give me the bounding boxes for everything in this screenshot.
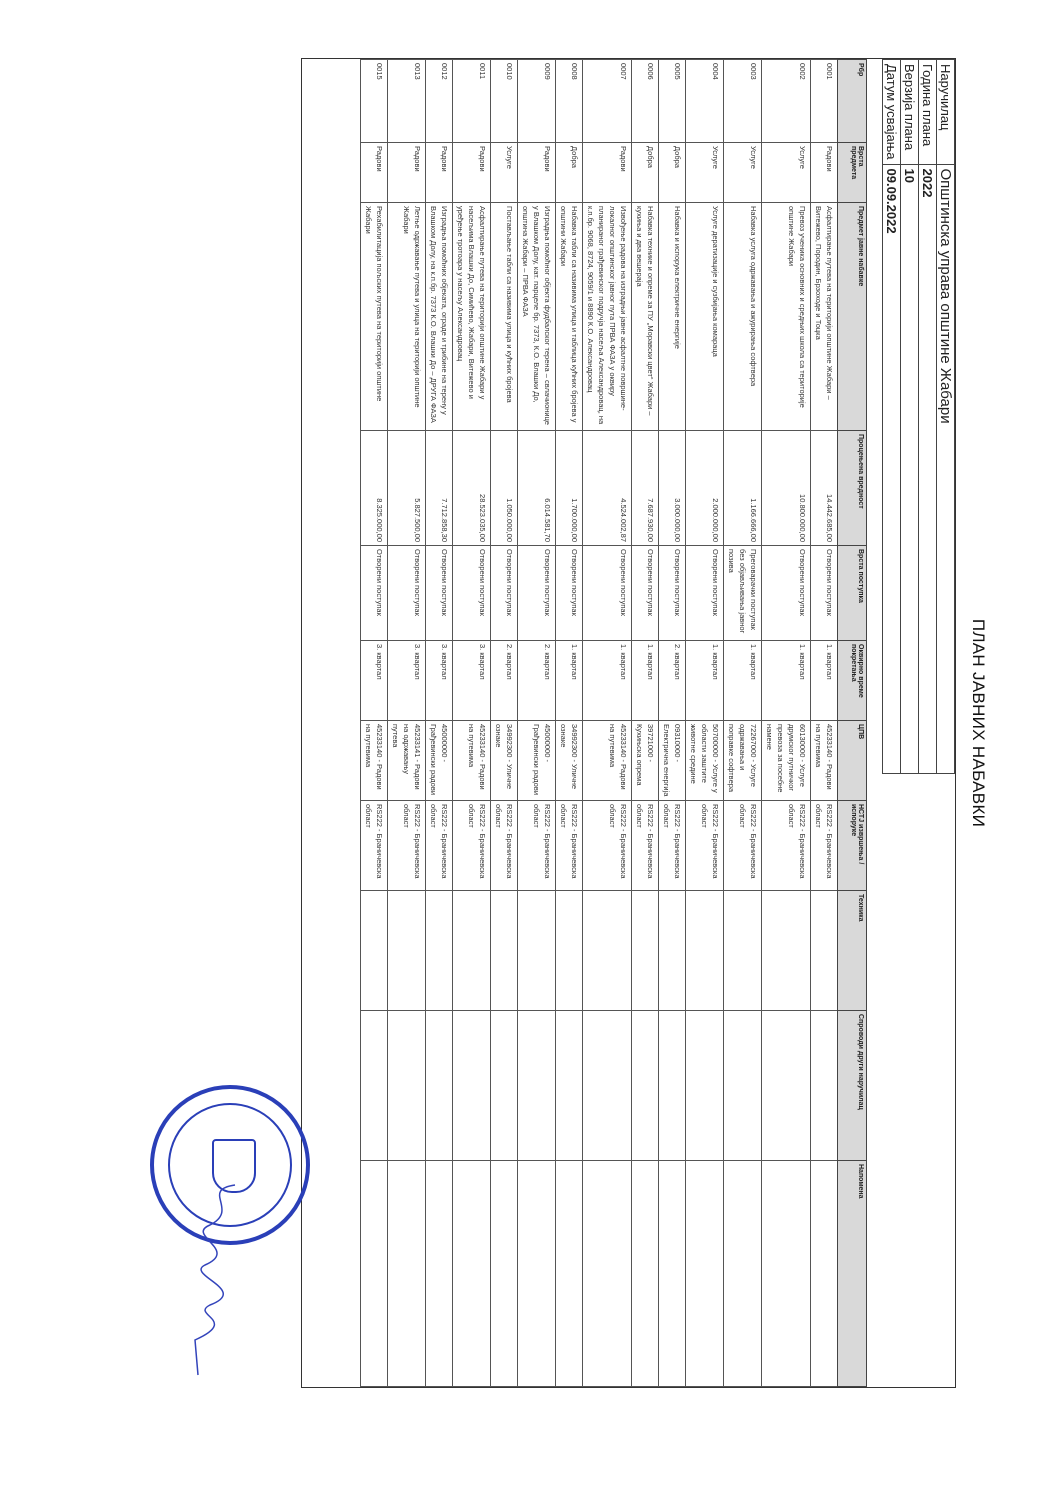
table-row: 0002УслугеПревоз ученика основних и сред… xyxy=(762,60,811,1387)
cell-subject: Набавка услуга одржавања и ажурирања соф… xyxy=(724,203,762,431)
cell-type: Услуге xyxy=(724,143,762,203)
meta-label: Година плана xyxy=(919,60,937,165)
cell-nstj: RS222 - Браничевска област xyxy=(659,801,686,891)
cell-id: 0004 xyxy=(686,60,724,143)
cell-other xyxy=(453,1011,491,1161)
cell-technique xyxy=(762,891,811,1011)
cell-note xyxy=(659,1161,686,1387)
cell-time: 3. квартал xyxy=(426,641,453,721)
table-row: 0007РадовиИзвођење радова на изградњи ја… xyxy=(583,60,632,1387)
cell-id: 0013 xyxy=(388,60,426,143)
cell-id: 0011 xyxy=(453,60,491,143)
cell-note xyxy=(426,1161,453,1387)
cell-value: 1.050.000,00 xyxy=(491,431,518,546)
cell-type: Добра xyxy=(556,143,583,203)
cell-type: Радови xyxy=(388,143,426,203)
cell-time: 1. квартал xyxy=(762,641,811,721)
cell-note xyxy=(491,1161,518,1387)
cell-cpv: 72267000 - Услуге одржавања и поправке с… xyxy=(724,721,762,801)
cell-other xyxy=(686,1011,724,1161)
table-row: 0015РадовиРехабилитација пољских путева … xyxy=(361,60,388,1387)
cell-technique xyxy=(632,891,659,1011)
cell-note xyxy=(388,1161,426,1387)
cell-value: 7.687.930,00 xyxy=(632,431,659,546)
cell-time: 1. квартал xyxy=(724,641,762,721)
meta-value: Општинска управа општине Жабари xyxy=(937,164,955,773)
cell-value: 7.712.858,30 xyxy=(426,431,453,546)
procurement-plan-sheet: ПЛАН ЈАВНИХ НАБАВКИ Наручилац Општинска … xyxy=(290,58,990,1388)
meta-value: 09.09.2022 xyxy=(883,164,901,773)
meta-label: Наручилац xyxy=(937,60,955,165)
document-title: ПЛАН ЈАВНИХ НАБАВКИ xyxy=(968,58,988,1388)
cell-other xyxy=(361,1011,388,1161)
cell-cpv: 45233140 - Радови на путевима xyxy=(361,721,388,801)
cell-technique xyxy=(724,891,762,1011)
meta-row-adoption-date: Датум усвајања 09.09.2022 xyxy=(883,60,901,774)
cell-time: 3. квартал xyxy=(361,641,388,721)
cell-id: 0010 xyxy=(491,60,518,143)
table-row: 0006ДобраНабавка технике и опреме за ПУ … xyxy=(632,60,659,1387)
cell-type: Радови xyxy=(453,143,491,203)
cell-technique xyxy=(583,891,632,1011)
table-row: 0004УслугеУслуге дератизације и сузбијањ… xyxy=(686,60,724,1387)
cell-id: 0002 xyxy=(762,60,811,143)
cell-nstj: RS222 - Браничевска област xyxy=(686,801,724,891)
table-row: 0009РадовиИзградња помоћног објекта фудб… xyxy=(518,60,556,1387)
cell-subject: Превоз ученика основних и средњих школа … xyxy=(762,203,811,431)
cell-other xyxy=(659,1011,686,1161)
cell-type: Услуге xyxy=(491,143,518,203)
column-header: НСТЈ извршења / испоруке xyxy=(838,801,867,891)
cell-subject: Услуге дератизације и сузбијања комараца xyxy=(686,203,724,431)
cell-value: 1.700.000,00 xyxy=(556,431,583,546)
cell-nstj: RS222 - Браничевска област xyxy=(491,801,518,891)
cell-id: 0007 xyxy=(583,60,632,143)
table-row: 0008ДобраНабавка табли са називима улица… xyxy=(556,60,583,1387)
cell-cpv: 50700000 - Услуге у области заштите живо… xyxy=(686,721,724,801)
cell-nstj: RS222 - Браничевска област xyxy=(361,801,388,891)
cell-value: 10.800.000,00 xyxy=(762,431,811,546)
cell-technique xyxy=(811,891,838,1011)
cell-cpv: 39721000 - Кухињска опрема xyxy=(632,721,659,801)
cell-procedure: Отворени поступак xyxy=(583,546,632,641)
cell-time: 2. квартал xyxy=(659,641,686,721)
cell-note xyxy=(518,1161,556,1387)
cell-subject: Изградња помоћних објеката, ограде и три… xyxy=(426,203,453,431)
cell-value: 3.000.000,00 xyxy=(659,431,686,546)
cell-nstj: RS222 - Браничевска област xyxy=(453,801,491,891)
cell-other xyxy=(556,1011,583,1161)
cell-nstj: RS222 - Браничевска област xyxy=(388,801,426,891)
cell-subject: Асфалтирање путева на територији општине… xyxy=(453,203,491,431)
cell-other xyxy=(632,1011,659,1161)
cell-technique xyxy=(453,891,491,1011)
cell-nstj: RS222 - Браничевска област xyxy=(518,801,556,891)
column-header: Техника xyxy=(838,891,867,1011)
cell-type: Радови xyxy=(811,143,838,203)
cell-procedure: Отворени поступак xyxy=(361,546,388,641)
cell-value: 2.000.000,00 xyxy=(686,431,724,546)
cell-id: 0009 xyxy=(518,60,556,143)
cell-value: 1.166.666,00 xyxy=(724,431,762,546)
cell-procedure: Отворени поступак xyxy=(556,546,583,641)
table-body: 0001РадовиАсфалтирање путева на територи… xyxy=(361,60,838,1387)
cell-procedure: Отворени поступак xyxy=(659,546,686,641)
cell-other xyxy=(518,1011,556,1161)
cell-subject: Набавка табли са називима улица и таблиц… xyxy=(556,203,583,431)
cell-procedure: Отворени поступак xyxy=(632,546,659,641)
cell-procedure: Отворени поступак xyxy=(388,546,426,641)
table-row: 0003УслугеНабавка услуга одржавања и ажу… xyxy=(724,60,762,1387)
cell-type: Услуге xyxy=(686,143,724,203)
cell-id: 0003 xyxy=(724,60,762,143)
cell-type: Радови xyxy=(426,143,453,203)
cell-technique xyxy=(491,891,518,1011)
plan-meta-table: Наручилац Општинска управа општине Жабар… xyxy=(882,59,955,774)
cell-type: Радови xyxy=(518,143,556,203)
cell-procedure: Преговарачки поступак без објављивања ја… xyxy=(724,546,762,641)
cell-time: 2. квартал xyxy=(491,641,518,721)
cell-id: 0008 xyxy=(556,60,583,143)
cell-time: 1. квартал xyxy=(811,641,838,721)
cell-subject: Изградња помоћног објекта фудбалског тер… xyxy=(518,203,556,431)
cell-value: 8.325.000,00 xyxy=(361,431,388,546)
cell-technique xyxy=(686,891,724,1011)
cell-nstj: RS222 - Браничевска област xyxy=(724,801,762,891)
table-row: 0010УслугеПостављање табли са називима у… xyxy=(491,60,518,1387)
cell-id: 0005 xyxy=(659,60,686,143)
cell-cpv: 45000000 - Грађевински радови xyxy=(518,721,556,801)
procurement-table: РбрВрста предметаПредмет јавне набавкеПр… xyxy=(360,59,867,1387)
cell-cpv: 45233141 - Радови на одржавању путева xyxy=(388,721,426,801)
cell-id: 0001 xyxy=(811,60,838,143)
cell-nstj: RS222 - Браничевска област xyxy=(556,801,583,891)
cell-note xyxy=(556,1161,583,1387)
cell-type: Добра xyxy=(659,143,686,203)
meta-row-contracting-authority: Наручилац Општинска управа општине Жабар… xyxy=(937,60,955,774)
cell-technique xyxy=(556,891,583,1011)
cell-other xyxy=(583,1011,632,1161)
cell-note xyxy=(724,1161,762,1387)
meta-label: Датум усвајања xyxy=(883,60,901,165)
cell-cpv: 60130000 - Услуге друмског путничког пре… xyxy=(762,721,811,801)
plan-frame: Наручилац Општинска управа општине Жабар… xyxy=(301,58,956,1388)
cell-value: 28.523.035,00 xyxy=(453,431,491,546)
cell-cpv: 45233140 - Радови на путевима xyxy=(583,721,632,801)
cell-type: Радови xyxy=(361,143,388,203)
cell-procedure: Отворени поступак xyxy=(453,546,491,641)
cell-value: 5.827.500,00 xyxy=(388,431,426,546)
cell-other xyxy=(724,1011,762,1161)
cell-id: 0015 xyxy=(361,60,388,143)
cell-technique xyxy=(388,891,426,1011)
cell-nstj: RS222 - Браничевска област xyxy=(426,801,453,891)
cell-other xyxy=(388,1011,426,1161)
meta-row-plan-version: Верзија плана 10 xyxy=(901,60,919,774)
cell-procedure: Отворени поступак xyxy=(518,546,556,641)
cell-note xyxy=(453,1161,491,1387)
cell-note xyxy=(361,1161,388,1387)
column-header: Врста предмета xyxy=(838,143,867,203)
cell-nstj: RS222 - Браничевска област xyxy=(811,801,838,891)
cell-procedure: Отворени поступак xyxy=(686,546,724,641)
cell-note xyxy=(762,1161,811,1387)
cell-subject: Летње одржавање путева и улица на терито… xyxy=(388,203,426,431)
cell-cpv: 45233140 - Радови на путевима xyxy=(811,721,838,801)
cell-procedure: Отворени поступак xyxy=(426,546,453,641)
column-header: Врста поступка xyxy=(838,546,867,641)
column-header: Рбр xyxy=(838,60,867,143)
cell-cpv: 09310000 - Електрична енергија xyxy=(659,721,686,801)
meta-row-plan-year: Година плана 2022 xyxy=(919,60,937,774)
cell-cpv: 45233140 - Радови на путевима xyxy=(453,721,491,801)
table-row: 0012РадовиИзградња помоћних објеката, ог… xyxy=(426,60,453,1387)
cell-id: 0006 xyxy=(632,60,659,143)
cell-subject: Асфалтирање путева на територији општине… xyxy=(811,203,838,431)
cell-subject: Набавка технике и опреме за ПУ „Моравски… xyxy=(632,203,659,431)
cell-time: 3. квартал xyxy=(388,641,426,721)
column-header: Оквирно време покретања xyxy=(838,641,867,721)
cell-time: 1. квартал xyxy=(686,641,724,721)
column-header: Процењена вредност xyxy=(838,431,867,546)
cell-procedure: Отворени поступак xyxy=(491,546,518,641)
cell-other xyxy=(491,1011,518,1161)
cell-type: Добра xyxy=(632,143,659,203)
meta-label: Верзија плана xyxy=(901,60,919,165)
cell-procedure: Отворени поступак xyxy=(811,546,838,641)
cell-type: Радови xyxy=(583,143,632,203)
cell-subject: Рехабилитација пољских путева на територ… xyxy=(361,203,388,431)
cell-note xyxy=(583,1161,632,1387)
cell-time: 2. квартал xyxy=(518,641,556,721)
cell-other xyxy=(762,1011,811,1161)
cell-cpv: 45000000 - Грађевински радови xyxy=(426,721,453,801)
cell-note xyxy=(686,1161,724,1387)
cell-note xyxy=(632,1161,659,1387)
cell-time: 1. квартал xyxy=(632,641,659,721)
cell-value: 4.524.002,87 xyxy=(583,431,632,546)
table-row: 0001РадовиАсфалтирање путева на територи… xyxy=(811,60,838,1387)
cell-other xyxy=(426,1011,453,1161)
cell-subject: Извођење радова на изградњи јавне асфалт… xyxy=(583,203,632,431)
column-header: Напомена xyxy=(838,1161,867,1387)
cell-cpv: 34992300 - Уличне ознаке xyxy=(491,721,518,801)
cell-nstj: RS222 - Браничевска област xyxy=(583,801,632,891)
cell-time: 1. квартал xyxy=(583,641,632,721)
table-row: 0013РадовиЛетње одржавање путева и улица… xyxy=(388,60,426,1387)
cell-note xyxy=(811,1161,838,1387)
meta-value: 10 xyxy=(901,164,919,773)
cell-technique xyxy=(361,891,388,1011)
cell-time: 1. квартал xyxy=(556,641,583,721)
cell-procedure: Отворени поступак xyxy=(762,546,811,641)
cell-technique xyxy=(659,891,686,1011)
cell-technique xyxy=(518,891,556,1011)
table-row: 0005ДобраНабавка и испорука електричне е… xyxy=(659,60,686,1387)
signature xyxy=(180,1180,260,1380)
cell-subject: Постављање табли са називима улица и кућ… xyxy=(491,203,518,431)
meta-value: 2022 xyxy=(919,164,937,773)
cell-value: 6.014.581,70 xyxy=(518,431,556,546)
cell-technique xyxy=(426,891,453,1011)
cell-cpv: 34992300 - Уличне ознаке xyxy=(556,721,583,801)
cell-subject: Набавка и испорука електричне енергије xyxy=(659,203,686,431)
cell-type: Услуге xyxy=(762,143,811,203)
table-row: 0011РадовиАсфалтирање путева на територи… xyxy=(453,60,491,1387)
column-header: Спроводи други наручилац xyxy=(838,1011,867,1161)
column-header: ЦПВ xyxy=(838,721,867,801)
column-header: Предмет јавне набавке xyxy=(838,203,867,431)
cell-value: 14.442.685,00 xyxy=(811,431,838,546)
table-header-row: РбрВрста предметаПредмет јавне набавкеПр… xyxy=(838,60,867,1387)
cell-nstj: RS222 - Браничевска област xyxy=(762,801,811,891)
cell-id: 0012 xyxy=(426,60,453,143)
cell-nstj: RS222 - Браничевска област xyxy=(632,801,659,891)
cell-time: 3. квартал xyxy=(453,641,491,721)
cell-other xyxy=(811,1011,838,1161)
